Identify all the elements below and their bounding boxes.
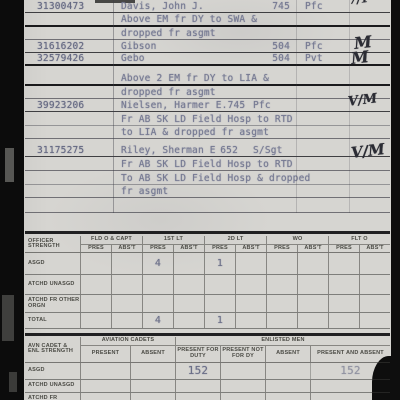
- roster-remark-row: Above EM fr DY to SWA &: [25, 13, 390, 27]
- soldier-name: Gebo: [113, 53, 246, 64]
- grade: Pfc: [295, 41, 348, 52]
- remark: Fr AB SK LD Field Hosp to RTD: [25, 114, 293, 125]
- avn-cadet-enl-strength-label: AVN CADET & ENL STRENGTH: [25, 337, 80, 362]
- cadet-row-asgd: ASGD 152 152: [25, 363, 390, 380]
- cadet-cell: [310, 393, 390, 400]
- col-group-2d-lt: 2D LT: [204, 236, 266, 244]
- cadet-enlisted-table: AVN CADET & ENL STRENGTH AVIATION CADETS…: [25, 337, 390, 400]
- subheader-pres: PRES: [142, 245, 173, 253]
- roster-remark-row: to LIA & dropped fr asgmt: [25, 126, 390, 139]
- officer-subheader-row: PRES ABS'T PRES ABS'T PRES ABS'T PRES AB…: [80, 245, 390, 253]
- officer-cell: [111, 275, 142, 294]
- row-label: ATCHD FR OTHER ORGN: [25, 295, 80, 312]
- remark: to LIA & dropped fr asgmt: [25, 127, 269, 138]
- officer-row-asgd: ASGD 4 1: [25, 253, 390, 275]
- cadet-cell: 152: [310, 363, 390, 379]
- cadet-cell: [265, 393, 310, 400]
- cadet-group-row: AVIATION CADETS ENLISTED MEN: [80, 337, 390, 346]
- officer-cell: 1: [204, 253, 235, 274]
- remark: dropped fr asgmt: [25, 87, 216, 98]
- remark: Above EM fr DY to SWA &: [25, 14, 257, 25]
- col-group-enlisted-men: ENLISTED MEN: [175, 337, 390, 345]
- officer-cell: [204, 295, 235, 312]
- officer-cell: [266, 295, 297, 312]
- scan-speck: [9, 372, 17, 392]
- col-group-wo: WO: [266, 236, 328, 244]
- roster-row: 32579426 Gebo 504 Pvt: [25, 53, 390, 66]
- officer-cell: [235, 253, 266, 274]
- mos-code: 652: [216, 145, 243, 156]
- name-cell: Davis, John J. 745: [113, 1, 295, 12]
- col-group-flt-o: FLT O: [328, 236, 390, 244]
- soldier-name: Nielsen, Harmer E.: [113, 100, 228, 111]
- subheader-absent: ABSENT: [130, 346, 175, 362]
- officer-cell: [204, 275, 235, 294]
- soldier-name: Riley, Sherman E: [113, 145, 216, 156]
- subheader-present-for-duty: PRESENT FOR DUTY: [175, 346, 220, 362]
- remark: fr asgmt: [25, 186, 168, 197]
- officer-cell: [359, 295, 390, 312]
- mos-code: 504: [246, 41, 295, 52]
- cadet-cell: 152: [175, 363, 220, 379]
- row-label: ASGD: [25, 363, 80, 379]
- officer-cell: [80, 295, 111, 312]
- officer-cell: [142, 275, 173, 294]
- cadet-row-atchd-unasgd: ATCHD UNASGD: [25, 380, 390, 393]
- cadet-cell: [175, 380, 220, 392]
- row-label: ATCHD UNASGD: [25, 380, 80, 392]
- roster-remark-row: dropped fr asgmt: [25, 27, 390, 40]
- officer-strength-table: OFFICER STRENGTH FLD O & CAPT 1ST LT 2D …: [25, 236, 390, 329]
- roster-row: 31616202 Gibson 504 Pfc: [25, 40, 390, 53]
- subheader-pres: PRES: [266, 245, 297, 253]
- cadet-cell: [130, 363, 175, 379]
- officer-cell: 4: [142, 253, 173, 274]
- officer-cell: [80, 275, 111, 294]
- scan-speck: [2, 295, 14, 341]
- service-number: 32579426: [25, 53, 113, 64]
- officer-cell: [297, 295, 328, 312]
- roster-remark-row: fr asgmt: [25, 185, 390, 198]
- officer-cell: [235, 313, 266, 328]
- section-rule: [25, 231, 390, 234]
- subheader-pres: PRES: [328, 245, 359, 253]
- scanned-morning-report-page: 31300473 Davis, John J. 745 Pfc Above EM…: [0, 0, 400, 400]
- officer-cell: [328, 275, 359, 294]
- cadet-cell: [80, 393, 130, 400]
- name-cell: Gebo 504: [113, 53, 295, 64]
- officer-cell: [142, 295, 173, 312]
- service-number: 31300473: [25, 1, 113, 12]
- subheader-pres: PRES: [80, 245, 111, 253]
- officer-row-atchd-fr-other: ATCHD FR OTHER ORGN: [25, 295, 390, 313]
- soldier-name: Gibson: [113, 41, 246, 52]
- grade: Pvt: [295, 53, 348, 64]
- cadet-cell: [80, 363, 130, 379]
- roster-remark-row: To AB SK LD Field Hosp & dropped: [25, 171, 390, 185]
- cadet-cell: [175, 393, 220, 400]
- officer-cell: [235, 275, 266, 294]
- roster-row: 31175275 Riley, Sherman E 652 S/Sgt: [25, 139, 390, 157]
- roster-remark-row: dropped fr asgmt: [25, 86, 390, 99]
- remark: To AB SK LD Field Hosp & dropped: [25, 173, 310, 184]
- officer-cell: [328, 295, 359, 312]
- cadet-cell: [130, 393, 175, 400]
- cadet-table-header: AVN CADET & ENL STRENGTH AVIATION CADETS…: [25, 337, 390, 363]
- row-label: ASGD: [25, 253, 80, 274]
- officer-table-header: OFFICER STRENGTH FLD O & CAPT 1ST LT 2D …: [25, 236, 390, 253]
- row-label: ATCHD UNASGD: [25, 275, 80, 294]
- scan-border-right: [391, 0, 400, 400]
- subheader-abst: ABS'T: [111, 245, 142, 253]
- service-number: 39923206: [25, 100, 113, 111]
- officer-cell: [359, 253, 390, 274]
- cadet-cell: [80, 380, 130, 392]
- roster-section: 31300473 Davis, John J. 745 Pfc Above EM…: [25, 0, 390, 213]
- officer-cell: [266, 275, 297, 294]
- cadet-cell: [220, 363, 265, 379]
- soldier-name: Davis, John J.: [113, 1, 246, 12]
- pencil-mark: M: [350, 47, 370, 68]
- officer-cell: [173, 295, 204, 312]
- mos-code: 504: [246, 53, 295, 64]
- cadet-row-atchd-fr: ATCHD FR: [25, 393, 390, 400]
- officer-cell: [359, 313, 390, 328]
- officer-cell: [297, 275, 328, 294]
- subheader-abst: ABS'T: [235, 245, 266, 253]
- section-rule: [25, 333, 390, 336]
- officer-cell: [80, 253, 111, 274]
- service-number: 31616202: [25, 41, 113, 52]
- row-label: ATCHD FR: [25, 393, 80, 400]
- roster-row: 39923206 Nielsen, Harmer E. 745 Pfc: [25, 99, 390, 112]
- name-cell: Nielsen, Harmer E. 745: [113, 100, 243, 111]
- officer-cell: [111, 253, 142, 274]
- subheader-present: PRESENT: [80, 346, 130, 362]
- roster-remark-row: Above 2 EM fr DY to LIA &: [25, 66, 390, 86]
- officer-row-total: TOTAL 4 1: [25, 313, 390, 329]
- officer-header-columns: FLD O & CAPT 1ST LT 2D LT WO FLT O PRES …: [80, 236, 390, 252]
- mos-code: 745: [246, 1, 295, 12]
- cadet-cell: [265, 363, 310, 379]
- remark: dropped fr asgmt: [25, 28, 216, 39]
- cadet-cell: [220, 380, 265, 392]
- officer-cell: [173, 313, 204, 328]
- officer-row-atchd-unasgd: ATCHD UNASGD: [25, 275, 390, 295]
- column-rule: [113, 0, 114, 213]
- roster-row: 31300473 Davis, John J. 745 Pfc: [25, 0, 390, 13]
- cadet-cell: [220, 393, 265, 400]
- subheader-present-not-for-dy: PRESENT NOT FOR DY: [220, 346, 265, 362]
- subheader-abst: ABS'T: [359, 245, 390, 253]
- row-label: TOTAL: [25, 313, 80, 328]
- officer-cell: [173, 275, 204, 294]
- officer-strength-label: OFFICER STRENGTH: [25, 236, 80, 252]
- officer-cell: [328, 313, 359, 328]
- officer-cell: [297, 253, 328, 274]
- col-group-fldo-capt: FLD O & CAPT: [80, 236, 142, 244]
- subheader-absent-em: ABSENT: [265, 346, 310, 362]
- officer-cell: [111, 313, 142, 328]
- officer-cell: [173, 253, 204, 274]
- service-number: 31175275: [25, 145, 113, 156]
- officer-cell: [266, 253, 297, 274]
- remark: Above 2 EM fr DY to LIA &: [25, 73, 269, 84]
- scan-speck: [5, 148, 14, 182]
- name-cell: Gibson 504: [113, 41, 295, 52]
- subheader-abst: ABS'T: [173, 245, 204, 253]
- cadet-cell: [130, 380, 175, 392]
- officer-cell: [266, 313, 297, 328]
- remark: Fr AB SK LD Field Hosp to RTD: [25, 159, 293, 170]
- officer-cell: [80, 313, 111, 328]
- officer-cell: [297, 313, 328, 328]
- roster-remark-row: Fr AB SK LD Field Hosp to RTD: [25, 157, 390, 171]
- officer-cell: [235, 295, 266, 312]
- cadet-cell: [310, 380, 390, 392]
- grade: Pfc: [295, 1, 348, 12]
- subheader-abst: ABS'T: [297, 245, 328, 253]
- roster-remark-row: Fr AB SK LD Field Hosp to RTD: [25, 112, 390, 126]
- officer-cell: [111, 295, 142, 312]
- name-cell: Riley, Sherman E 652: [113, 145, 243, 156]
- cadet-header-columns: AVIATION CADETS ENLISTED MEN PRESENT ABS…: [80, 337, 390, 362]
- officer-cell: [328, 253, 359, 274]
- subheader-pres: PRES: [204, 245, 235, 253]
- col-group-1st-lt: 1ST LT: [142, 236, 204, 244]
- officer-cell: 1: [204, 313, 235, 328]
- officer-group-row: FLD O & CAPT 1ST LT 2D LT WO FLT O: [80, 236, 390, 245]
- officer-cell: [359, 275, 390, 294]
- col-group-aviation-cadets: AVIATION CADETS: [80, 337, 175, 345]
- cadet-subheader-row: PRESENT ABSENT PRESENT FOR DUTY PRESENT …: [80, 346, 390, 362]
- column-rule: [296, 0, 297, 213]
- cadet-cell: [265, 380, 310, 392]
- officer-cell: 4: [142, 313, 173, 328]
- subheader-present-and-absent: PRESENT AND ABSENT: [310, 346, 390, 362]
- roster-empty-row: [25, 198, 390, 213]
